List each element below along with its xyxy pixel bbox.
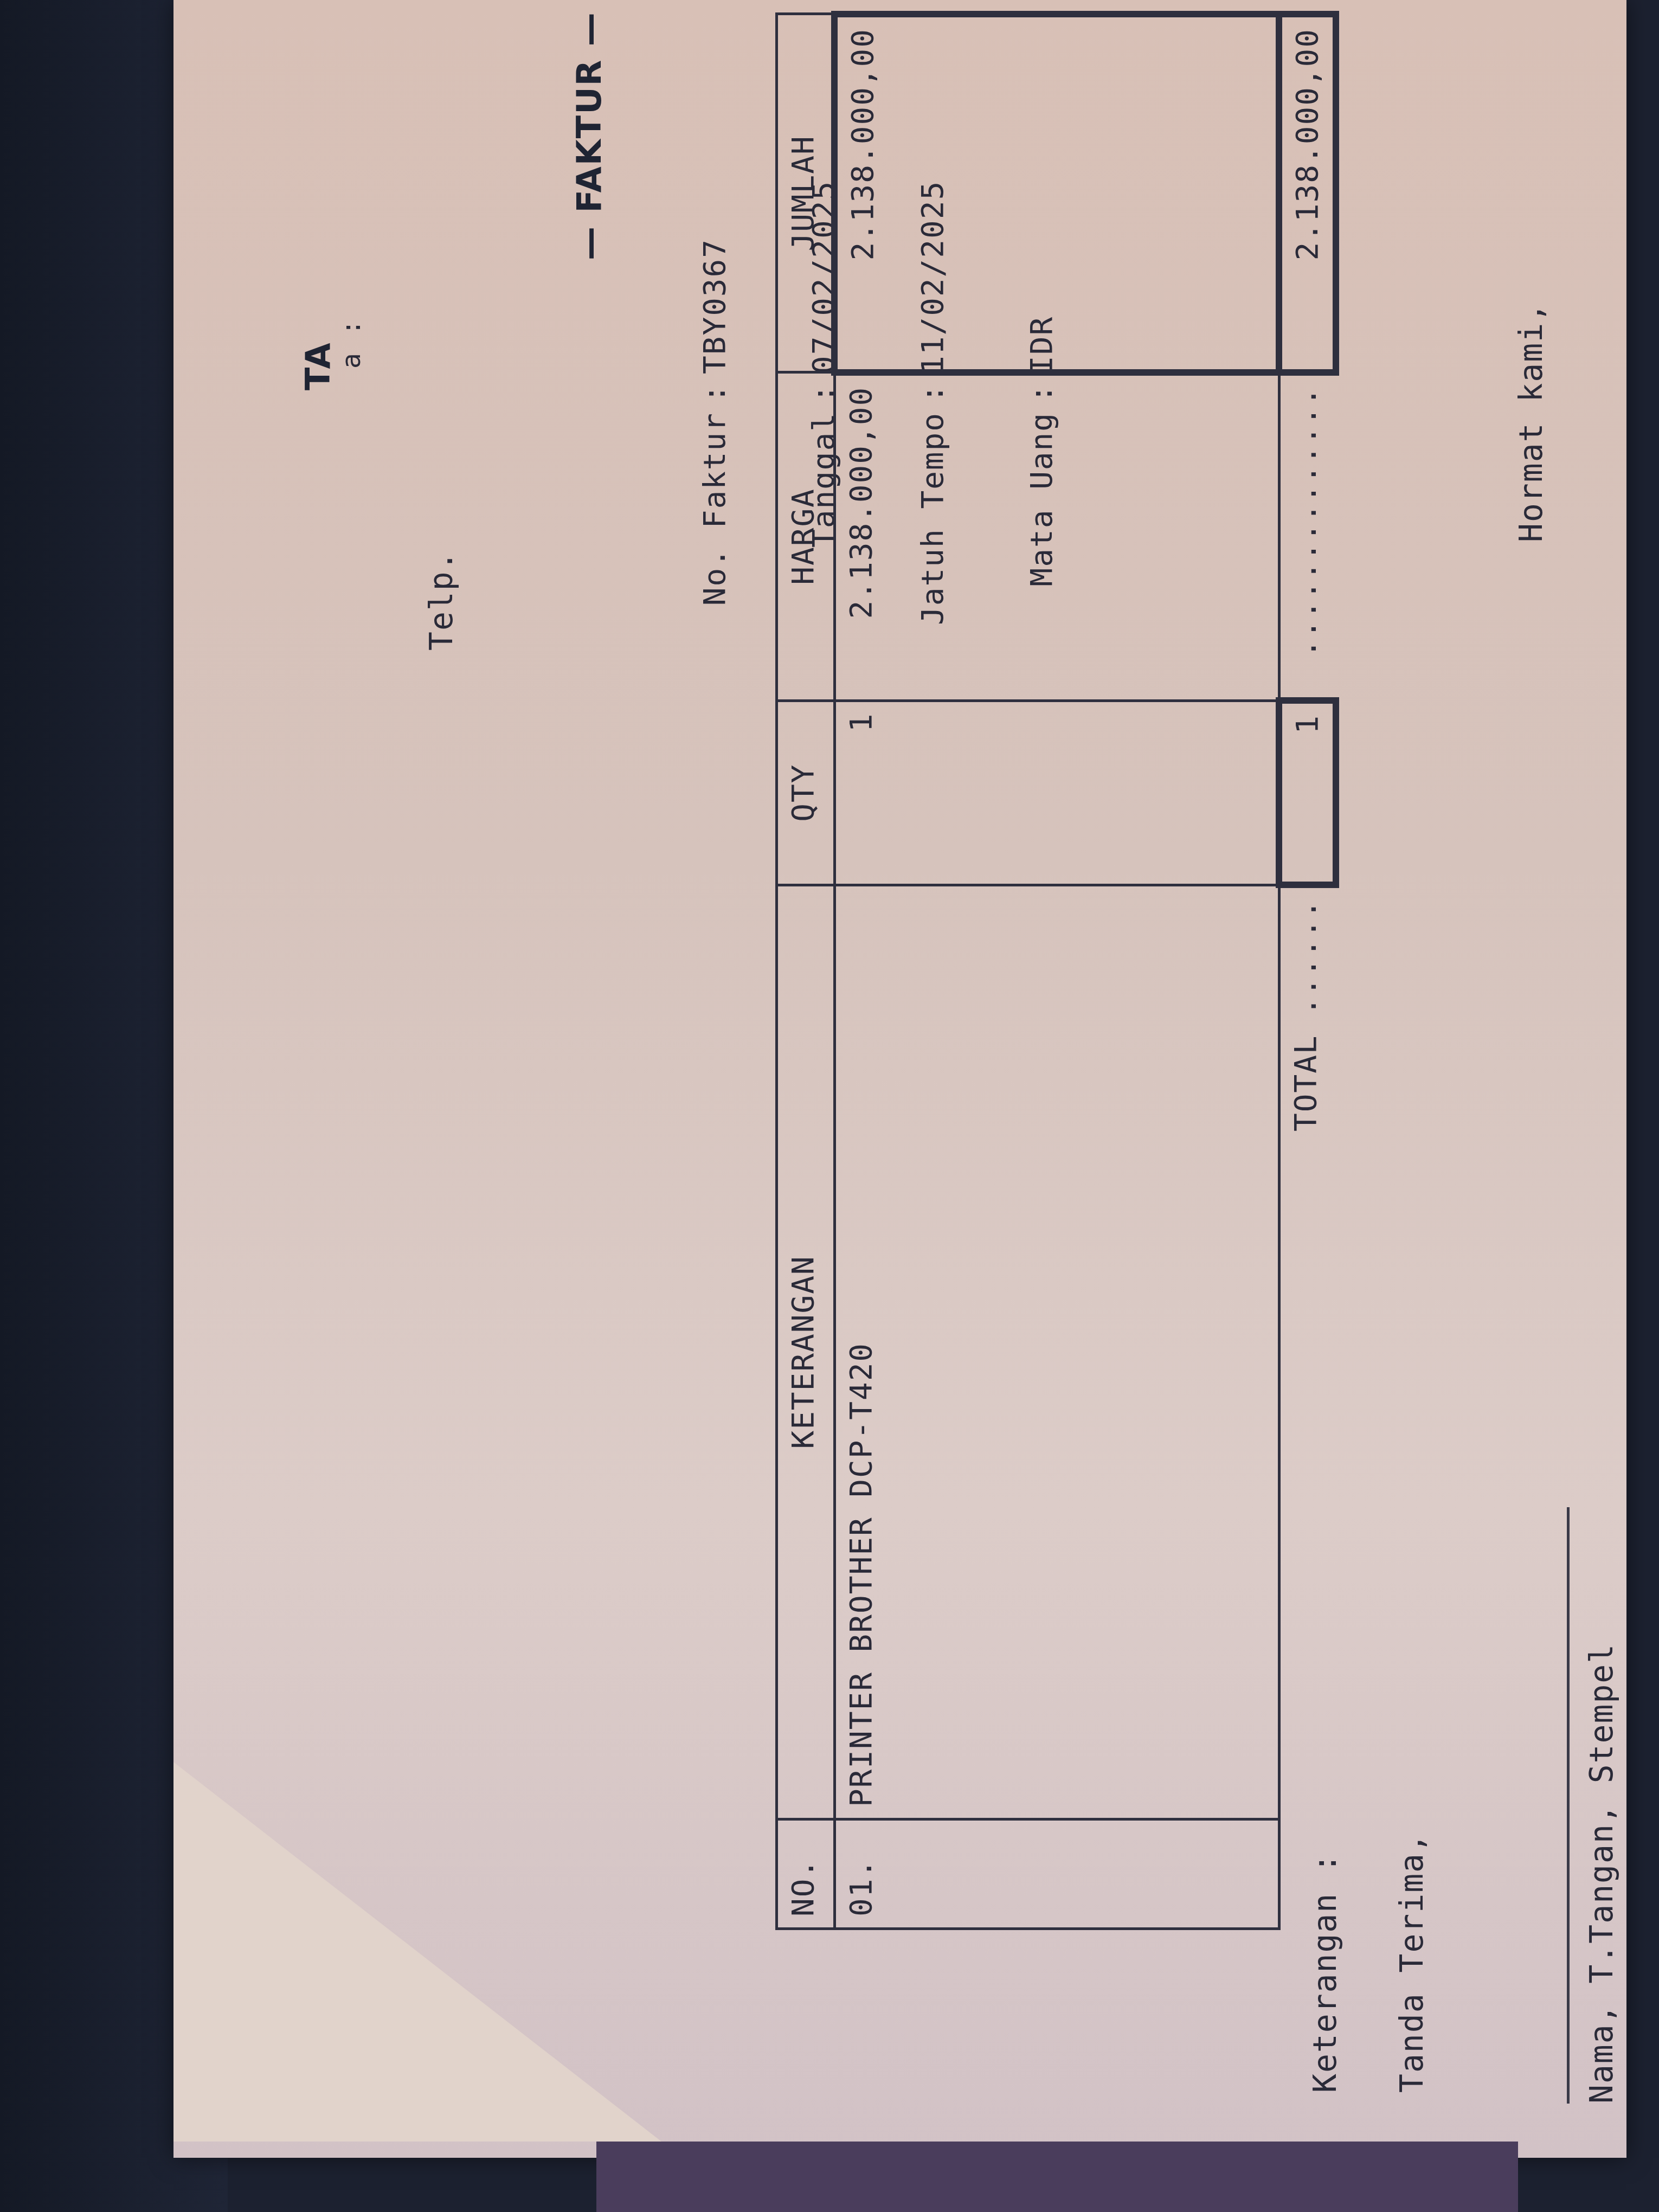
column-header-jumlah: JUMLAH [777,14,835,372]
column-header-qty: QTY [777,700,835,885]
total-qty: 1 [1279,700,1336,885]
cell-keterangan: PRINTER BROTHER DCP-T420 [834,885,1279,1819]
cell-jumlah: 2.138.000,00 [834,14,1279,372]
items-table: NO. KETERANGAN QTY HARGA JUMLAH 01. PRIN… [775,11,1339,1930]
total-dots: .............. [1279,372,1336,700]
telp-label: Telp. [423,550,460,651]
cell-qty: 1 [834,700,1279,885]
total-row: TOTAL ...... 1 .............. 2.138.000,… [1279,14,1336,1929]
total-label: TOTAL ...... [1279,885,1336,1819]
table-row: 01. PRINTER BROTHER DCP-T420 1 2.138.000… [834,14,1279,1929]
meta-no-faktur: No. Faktur:TBY0367 [697,98,732,694]
keterangan-label: Keterangan : [1307,1853,1343,2093]
table-header-row: NO. KETERANGAN QTY HARGA JUMLAH [777,14,835,1929]
total-jumlah: 2.138.000,00 [1279,14,1336,372]
column-header-keterangan: KETERANGAN [777,885,835,1819]
tanda-terima-label: Tanda Terima, [1393,1832,1430,2093]
company-name-fragment: TA [298,342,338,390]
signature-caption: Nama, T.Tangan, Stempel [1583,1643,1620,2104]
meta-value: TBY0367 [697,239,732,374]
invoice-title: — FAKTUR — [569,11,609,260]
cell-no: 01. [834,1819,1279,1929]
meta-label: No. Faktur [697,412,732,694]
hormat-kami-label: Hormat kami, [1513,302,1549,542]
invoice-title-text: FAKTUR [569,59,609,213]
column-header-no: NO. [777,1819,835,1929]
column-header-harga: HARGA [777,372,835,700]
invoice-document: TA a : Telp. — FAKTUR — No. Faktur:TBY03… [179,11,1589,2158]
company-sub-fragment: a : [336,318,366,369]
receiver-signature-line [1567,1507,1570,2104]
cell-harga: 2.138.000,00 [834,372,1279,700]
